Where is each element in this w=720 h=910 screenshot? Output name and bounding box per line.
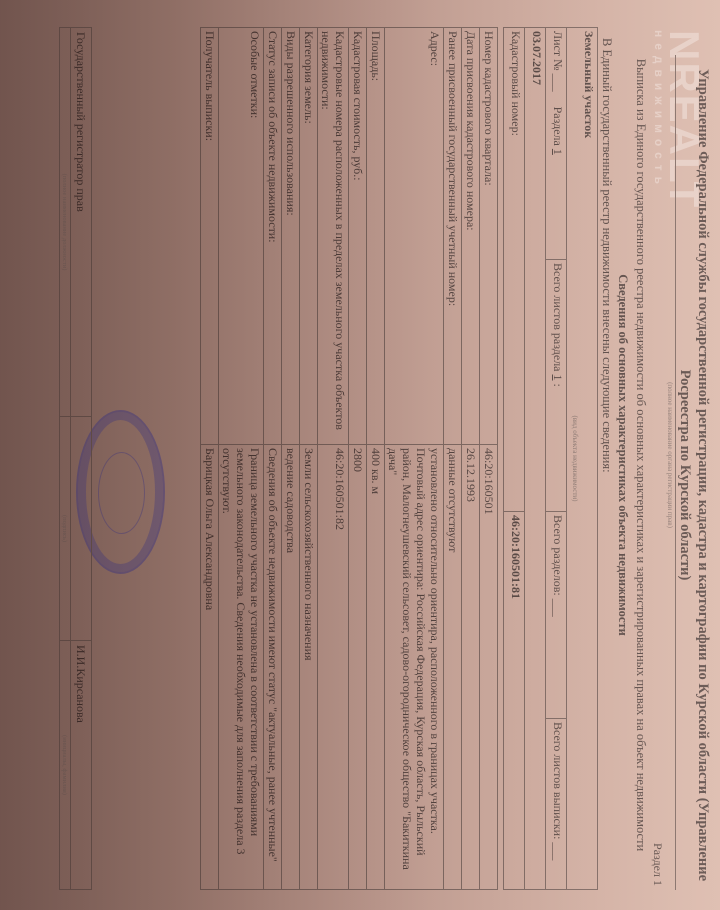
field-label: Дата присвоения кадастрового номера: <box>462 28 480 445</box>
field-row: Кадастровая стоимость, руб.:2800 <box>349 28 367 890</box>
extract-subtitle: Сведения об основных характеристиках объ… <box>615 0 630 910</box>
signature-field <box>71 417 92 641</box>
field-value: Барицкая Ольга Александровна <box>201 445 219 890</box>
sheet-number-cell: Лист № ___ Раздела 1 <box>546 28 567 260</box>
field-row: Номер кадастрового квартала:46:20:160501 <box>480 28 498 890</box>
sign-caption: (подпись) <box>60 417 71 641</box>
field-row: Особые отметки:Граница земельного участк… <box>219 28 264 890</box>
object-header-table: Земельный участок (вид объекта недвижимо… <box>503 27 598 890</box>
field-label: Номер кадастрового квартала: <box>480 28 498 445</box>
field-row: Ранее присвоенный государственный учетны… <box>444 28 462 890</box>
authority-caption: (полное наименование органа регистрации … <box>666 0 674 910</box>
field-value: 26.12.1993 <box>462 445 480 890</box>
signature-table: Государственный регистратор прав И.И.Кир… <box>59 27 92 890</box>
field-label: Кадастровые номера расположенных в преде… <box>318 28 349 445</box>
object-type: Земельный участок <box>582 31 596 138</box>
field-label: Виды разрешенного использования: <box>282 28 300 445</box>
position-caption: (полное наименование должности) <box>60 28 71 417</box>
field-label: Особые отметки: <box>219 28 264 445</box>
field-row: Статус записи об объекте недвижимости:Св… <box>264 28 282 890</box>
extract-intro: В Единый государственный реестр недвижим… <box>599 38 614 473</box>
extract-title: Выписка из Единого государственного реес… <box>633 0 648 910</box>
field-value: данные отсутствуют <box>444 445 462 890</box>
field-value: 400 кв. м <box>367 445 385 890</box>
field-label: Кадастровая стоимость, руб.: <box>349 28 367 445</box>
cadastral-number-value: 46:20:160501:81 <box>504 512 525 890</box>
total-extract-sheets-cell: Всего листов выписки: ___ <box>546 719 567 890</box>
field-label: Категория земель: <box>300 28 318 445</box>
extract-date: 03.07.2017 <box>525 28 546 890</box>
field-row: Площадь:400 кв. м <box>367 28 385 890</box>
field-value: Земли сельскохозяйственного назначения <box>300 445 318 890</box>
field-row: Адрес:установлено относительно ориентира… <box>385 28 444 890</box>
object-type-caption: (вид объекта недвижимости) <box>568 31 582 886</box>
header-divider <box>675 55 676 890</box>
authority-title: Управление Федеральной службы государств… <box>676 60 712 890</box>
field-value: Сведения об объекте недвижимости имеют с… <box>264 445 282 890</box>
field-label: Адрес: <box>385 28 444 445</box>
field-row: Категория земель:Земли сельскохозяйствен… <box>300 28 318 890</box>
registrar-position: Государственный регистратор прав <box>71 28 92 417</box>
section-label: Раздел 1 <box>650 843 665 886</box>
field-label: Ранее присвоенный государственный учетны… <box>444 28 462 445</box>
field-value: 46:20:160501 <box>480 445 498 890</box>
registrar-name: И.И.Кирсанова <box>71 641 92 890</box>
document-sheet: NREALT недвижимость Управление Федеральн… <box>0 0 720 910</box>
name-caption: (инициалы, фамилия) <box>60 641 71 890</box>
field-label: Площадь: <box>367 28 385 445</box>
field-row: Кадастровые номера расположенных в преде… <box>318 28 349 890</box>
cadastral-number-label: Кадастровый номер: <box>504 28 525 512</box>
field-value: ведение садоводства <box>282 445 300 890</box>
fields-table: Номер кадастрового квартала:46:20:160501… <box>200 27 498 890</box>
field-label: Получатель выписки: <box>201 28 219 445</box>
field-row: Получатель выписки:Барицкая Ольга Алекса… <box>201 28 219 890</box>
total-sections-cell: Всего разделов: ___ <box>546 512 567 719</box>
object-type-cell: Земельный участок (вид объекта недвижимо… <box>567 28 598 890</box>
field-value: установлено относительно ориентира, расп… <box>385 445 444 890</box>
field-value: Граница земельного участка не установлен… <box>219 445 264 890</box>
total-section-sheets-cell: Всего листов раздела 1 : <box>546 260 567 512</box>
field-label: Статус записи об объекте недвижимости: <box>264 28 282 445</box>
field-value: 2800 <box>349 445 367 890</box>
field-row: Дата присвоения кадастрового номера:26.1… <box>462 28 480 890</box>
field-row: Виды разрешенного использования:ведение … <box>282 28 300 890</box>
field-value: 46:20:160501:82 <box>318 445 349 890</box>
